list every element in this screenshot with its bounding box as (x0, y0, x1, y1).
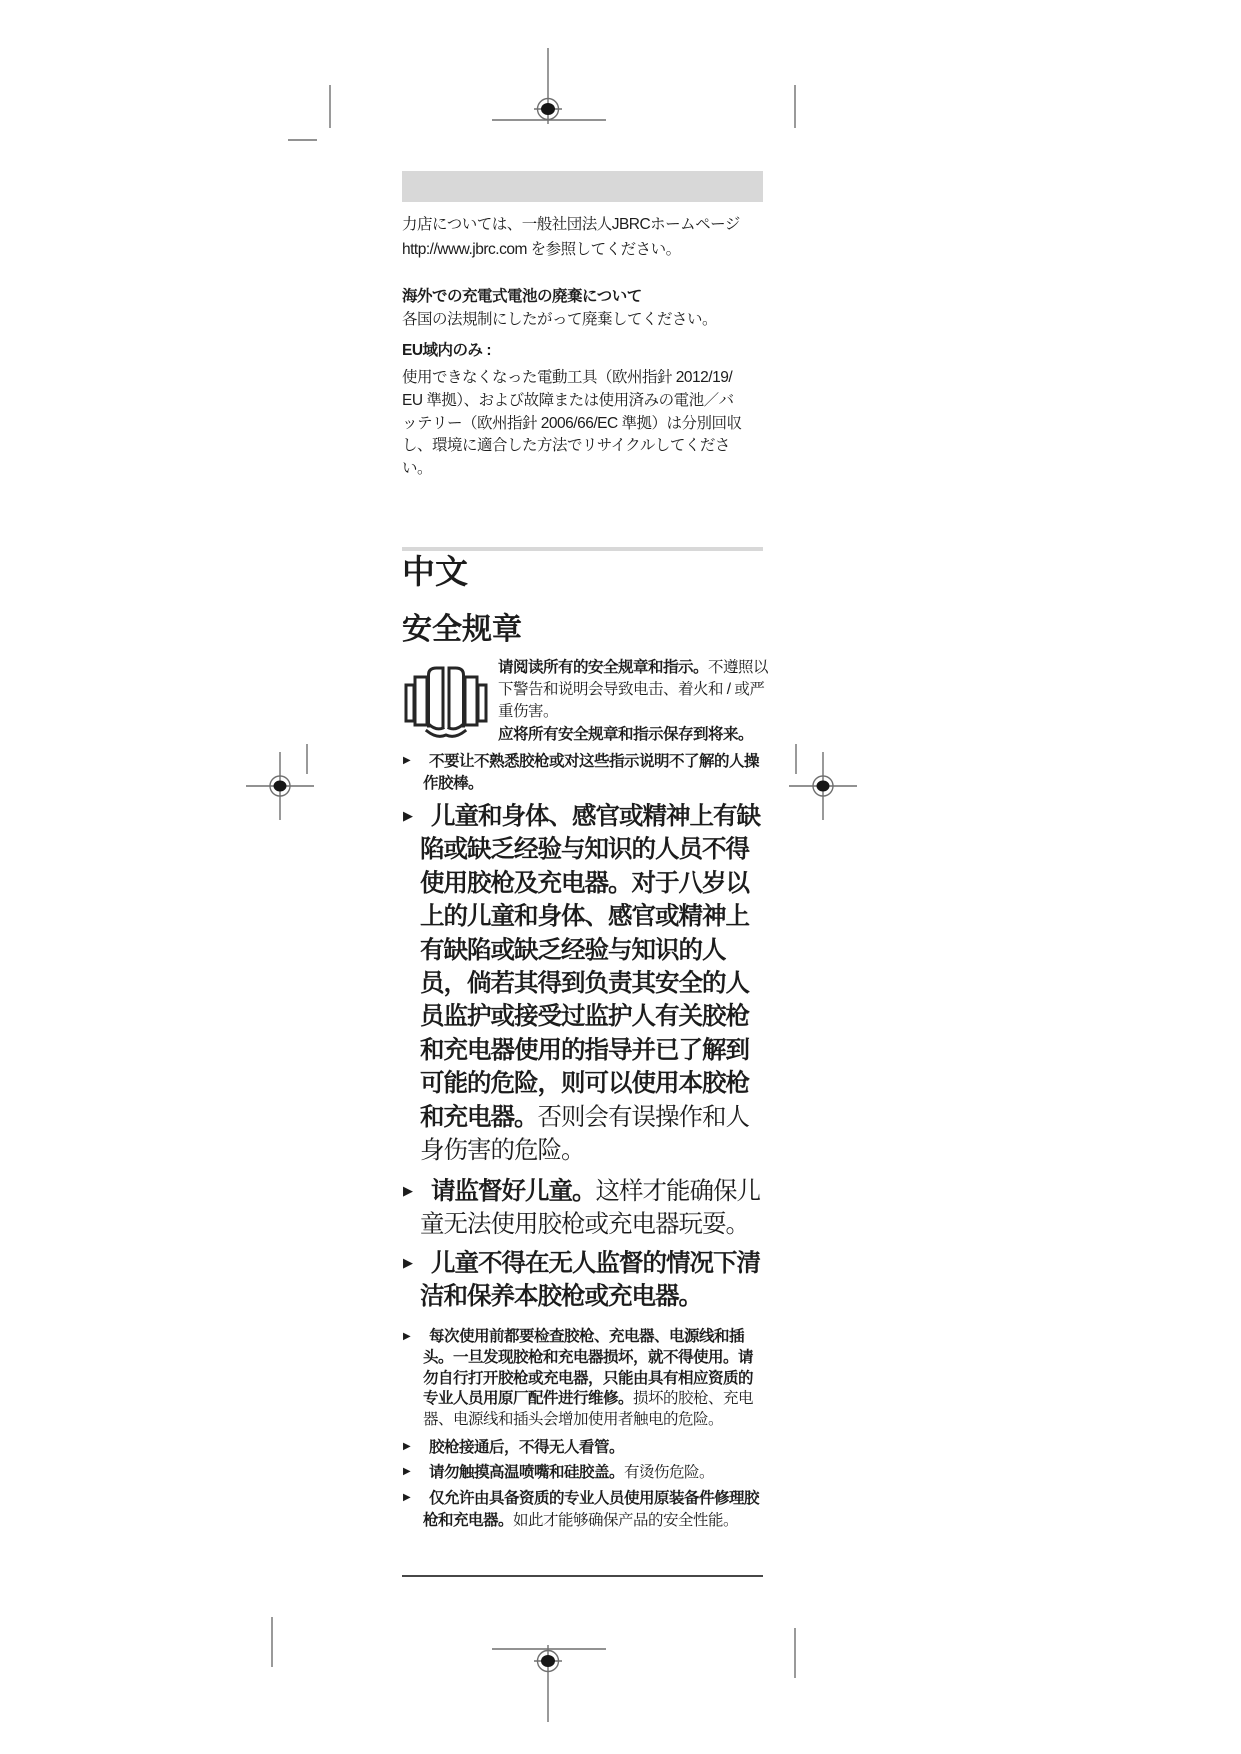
language-title: 中文 (402, 552, 468, 592)
text-run: 胶枪接通后，不得无人看管。 (429, 1439, 624, 1456)
bullet-supervise-children: ▶请监督好儿童。这样才能确保儿童无法使用胶枪或充电器玩耍。 (403, 1175, 760, 1242)
text-line: http://www.jbrc.com を参照してください。 (402, 238, 740, 263)
text-line: 身伤害的危险。 (420, 1134, 760, 1167)
text-run: 每次使用前都要检查胶枪、充电器、电源线和插 (429, 1328, 744, 1345)
bullet-marker-icon: ▶ (403, 1183, 412, 1199)
text-line: 不要让不熟悉胶枪或对这些指示说明不了解的人操 (429, 751, 759, 773)
bullet-marker-icon: ▶ (403, 1331, 410, 1342)
text-run: し、環境に適合した方法でリサイクルしてくださ (402, 437, 730, 454)
text-run: 上的儿童和身体、感官或精神上 (420, 903, 749, 930)
bullet-marker-icon: ▶ (403, 1255, 412, 1271)
text-line: い。 (402, 458, 741, 481)
footer-rule (402, 1575, 763, 1577)
text-run: い。 (402, 460, 432, 477)
text-run: 专业人员用原厂配件进行维修。 (423, 1390, 633, 1407)
section-title-safety-regulations: 安全规章 (402, 612, 522, 648)
text-run: 下警告和说明会导致电击、着火和 / 或严 (498, 681, 764, 698)
text-run: 请监督好儿童。 (431, 1178, 596, 1205)
text-line: EU 準拠）、および故障または使用済みの電池／バ (402, 390, 741, 413)
text-run: 损坏的胶枪、充电 (633, 1390, 753, 1407)
text-run: 仅允许由具备资质的专业人员使用原装备件修理胶 (429, 1490, 759, 1507)
text-line: 应将所有安全规章和指示保存到将来。 (498, 724, 768, 746)
text-line: 员监护或接受过监护人有关胶枪 (420, 1000, 760, 1033)
text-line: 使用胶枪及充电器。对于八岁以 (420, 867, 760, 900)
text-run: 这样才能确保儿 (596, 1178, 761, 1205)
text-run: 头。一旦发现胶枪和充电器损坏，就不得使用。请 (423, 1349, 753, 1366)
text-run: 不遵照以 (708, 659, 768, 676)
jp-paragraph-jbrc: 力店については、一般社団法人JBRCホームページhttp://www.jbrc.… (402, 213, 740, 262)
text-run: ッテリー（欧州指針 2006/66/EC 準拠）は分別回収 (402, 415, 741, 432)
text-run: 陷或缺乏经验与知识的人员不得 (420, 836, 749, 863)
bullet-marker-icon: ▶ (403, 1466, 410, 1477)
text-line: 仅允许由具备资质的专业人员使用原装备件修理胶 (429, 1488, 759, 1510)
text-line: 中文 (402, 552, 468, 592)
text-line: 各国の法規制にしたがって廃棄してください。 (402, 309, 717, 332)
jp-paragraph-eu-directive: 使用できなくなった電動工具（欧州指針 2012/19/EU 準拠）、および故障ま… (402, 367, 741, 481)
text-run: 重伤害。 (498, 703, 558, 720)
text-line: 请监督好儿童。这样才能确保儿 (431, 1175, 760, 1208)
text-line: 使用できなくなった電動工具（欧州指針 2012/19/ (402, 367, 741, 390)
text-line: ッテリー（欧州指針 2006/66/EC 準拠）は分別回収 (402, 413, 741, 436)
text-line: 作胶棒。 (423, 773, 759, 795)
text-line: 上的儿童和身体、感官或精神上 (420, 900, 760, 933)
bullet-children-and-impaired-persons: ▶儿童和身体、感官或精神上有缺陷或缺乏经验与知识的人员不得使用胶枪及充电器。对于… (403, 800, 760, 1167)
text-line: 头。一旦发现胶枪和充电器损坏，就不得使用。请 (423, 1348, 753, 1369)
text-run: 力店については、一般社団法人JBRCホームページ (402, 216, 740, 233)
text-line: 陷或缺乏经验与知识的人员不得 (420, 833, 760, 866)
text-line: 有缺陷或缺乏经验与知识的人 (420, 934, 760, 967)
text-run: 海外での充電式電池の廃棄について (402, 288, 642, 305)
text-run: 身伤害的危险。 (420, 1137, 585, 1164)
text-run: 不要让不熟悉胶枪或对这些指示说明不了解的人操 (429, 753, 759, 770)
text-run: 中文 (402, 553, 468, 590)
text-run: 员，倘若其得到负责其安全的人 (420, 970, 749, 997)
text-run: EU 準拠）、および故障または使用済みの電池／バ (402, 392, 734, 409)
text-line: EU域内のみ : (402, 340, 491, 362)
bullet-hot-nozzle: ▶请勿触摸高温喷嘴和硅胶盖。有烫伤危险。 (403, 1462, 714, 1483)
bullet-children-cleaning-maintenance: ▶儿童不得在无人监督的情况下清洁和保养本胶枪或充电器。 (403, 1247, 760, 1314)
bullet-marker-icon: ▶ (403, 755, 410, 766)
text-line: 下警告和说明会导致电击、着火和 / 或严 (498, 679, 768, 701)
bullet-marker-icon: ▶ (403, 808, 412, 824)
text-line: 海外での充電式電池の廃棄について (402, 286, 717, 309)
bullet-unfamiliar-users: ▶不要让不熟悉胶枪或对这些指示说明不了解的人操作胶棒。 (403, 751, 759, 795)
text-run: 使用できなくなった電動工具（欧州指針 2012/19/ (402, 369, 732, 386)
text-run: 和充电器。 (420, 1104, 538, 1131)
text-run: 和充电器使用的指导并已了解到 (420, 1037, 749, 1064)
text-run: 有烫伤危险。 (624, 1464, 714, 1481)
text-line: 儿童和身体、感官或精神上有缺 (431, 800, 760, 833)
text-line: 可能的危险，则可以使用本胶枪 (420, 1067, 760, 1100)
text-run: 请阅读所有的安全规章和指示。 (498, 659, 708, 676)
text-run: 使用胶枪及充电器。对于八岁以 (420, 870, 749, 897)
text-run: http://www.jbrc.com を参照してください。 (402, 241, 681, 258)
text-run: EU域内のみ : (402, 342, 491, 359)
jp-heading-overseas-battery-disposal: 海外での充電式電池の廃棄について各国の法規制にしたがって廃棄してください。 (402, 286, 717, 331)
text-line: 勿自行打开胶枪或充电器，只能由具有相应资质的 (423, 1369, 753, 1390)
header-bar (402, 171, 763, 202)
text-run: 应将所有安全规章和指示保存到将来。 (498, 726, 753, 743)
text-run: 员监护或接受过监护人有关胶枪 (420, 1003, 749, 1030)
text-run: 安全规章 (402, 613, 522, 646)
section-divider (402, 547, 763, 551)
text-line: 请勿触摸高温喷嘴和硅胶盖。有烫伤危险。 (429, 1462, 714, 1483)
text-run: 童无法使用胶枪或充电器玩耍。 (420, 1211, 749, 1238)
text-run: 儿童和身体、感官或精神上有缺 (431, 803, 760, 830)
bullet-qualified-repair-only: ▶仅允许由具备资质的专业人员使用原装备件修理胶枪和充电器。如此才能够确保产品的安… (403, 1488, 759, 1531)
text-run: 可能的危险，则可以使用本胶枪 (420, 1070, 749, 1097)
text-run: 勿自行打开胶枪或充电器，只能由具有相应资质的 (423, 1370, 753, 1387)
text-line: 和充电器使用的指导并已了解到 (420, 1034, 760, 1067)
bullet-marker-icon: ▶ (403, 1492, 410, 1503)
bullet-inspect-before-use: ▶每次使用前都要检查胶枪、充电器、电源线和插头。一旦发现胶枪和充电器损坏，就不得… (403, 1327, 753, 1431)
text-line: 童无法使用胶枪或充电器玩耍。 (420, 1208, 760, 1241)
text-line: 专业人员用原厂配件进行维修。损坏的胶枪、充电 (423, 1389, 753, 1410)
text-line: 器、电源线和插头会增加使用者触电的危险。 (423, 1410, 753, 1431)
text-run: 有缺陷或缺乏经验与知识的人 (420, 937, 726, 964)
text-line: 洁和保养本胶枪或充电器。 (420, 1280, 760, 1313)
text-line: 请阅读所有的安全规章和指示。不遵照以 (498, 657, 768, 679)
text-run: 器、电源线和插头会增加使用者触电的危险。 (423, 1411, 723, 1428)
text-run: 如此才能够确保产品的安全性能。 (513, 1512, 738, 1529)
text-line: 重伤害。 (498, 701, 768, 723)
text-run: 各国の法規制にしたがって廃棄してください。 (402, 311, 717, 328)
text-run: 枪和充电器。 (423, 1512, 513, 1529)
safety-intro-paragraph: 请阅读所有的安全规章和指示。不遵照以下警告和说明会导致电击、着火和 / 或严重伤… (498, 657, 768, 746)
text-run: 否则会有误操作和人 (538, 1104, 750, 1131)
bullet-do-not-leave-unattended: ▶胶枪接通后，不得无人看管。 (403, 1437, 624, 1458)
text-run: 作胶棒。 (423, 775, 483, 792)
text-run: 儿童不得在无人监督的情况下清 (431, 1250, 760, 1277)
text-line: 胶枪接通后，不得无人看管。 (429, 1437, 624, 1458)
text-line: 和充电器。否则会有误操作和人 (420, 1101, 760, 1134)
manual-page: 力店については、一般社団法人JBRCホームページhttp://www.jbrc.… (0, 0, 1241, 1754)
text-run: 洁和保养本胶枪或充电器。 (420, 1283, 702, 1310)
text-run: 请勿触摸高温喷嘴和硅胶盖。 (429, 1464, 624, 1481)
text-line: 力店については、一般社団法人JBRCホームページ (402, 213, 740, 238)
text-line: 枪和充电器。如此才能够确保产品的安全性能。 (423, 1510, 759, 1532)
text-line: 每次使用前都要检查胶枪、充电器、电源线和插 (429, 1327, 753, 1348)
jp-heading-eu-only: EU域内のみ : (402, 340, 491, 362)
text-line: 儿童不得在无人监督的情况下清 (431, 1247, 760, 1280)
text-line: 员，倘若其得到负责其安全的人 (420, 967, 760, 1000)
text-line: し、環境に適合した方法でリサイクルしてくださ (402, 435, 741, 458)
text-line: 安全规章 (402, 612, 522, 648)
bullet-marker-icon: ▶ (403, 1441, 410, 1452)
open-book-icon (402, 660, 490, 744)
